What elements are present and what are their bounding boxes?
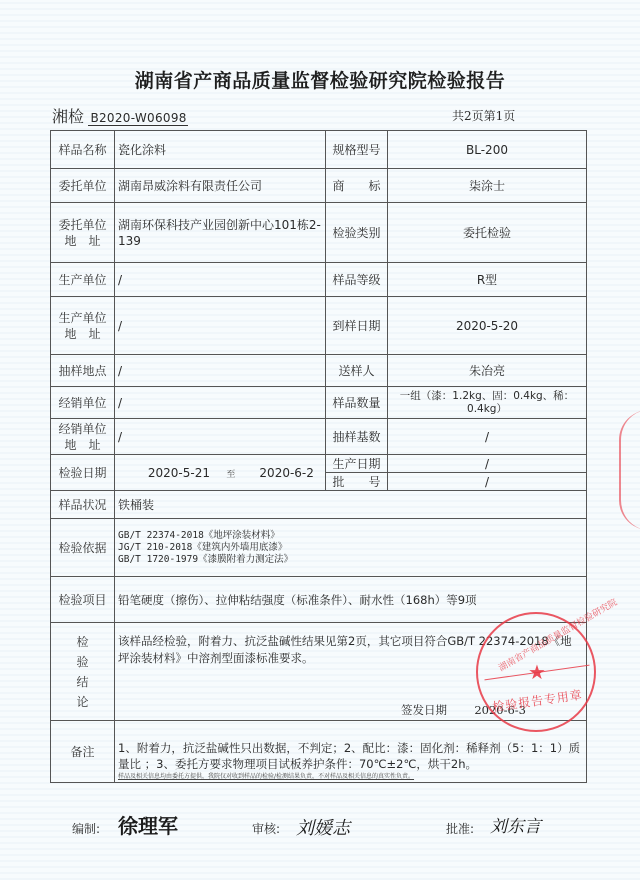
basis-item: GB/T 22374-2018《地坪涂装材料》: [118, 530, 583, 542]
batch-no-value: /: [388, 473, 587, 491]
client-unit-label: 委托单位: [51, 169, 115, 203]
inspection-date-start: 2020-5-21: [118, 466, 210, 480]
sample-grade-label: 样品等级: [326, 263, 388, 297]
table-row: 生产单位 地 址 / 到样日期 2020-5-20: [51, 297, 587, 355]
issue-date-line: 签发日期 2020-6-3: [401, 702, 526, 718]
compiled-signature: 徐理军: [118, 810, 178, 839]
table-row: 检验日期 2020-5-21 至 2020-6-2 生产日期 /: [51, 455, 587, 473]
table-row: 经销单位 地 址 / 抽样基数 /: [51, 419, 587, 455]
table-row: 抽样地点 / 送样人 朱冶亮: [51, 355, 587, 387]
sample-name-value: 瓷化涂料: [115, 131, 326, 169]
inspection-date-label: 检验日期: [51, 455, 115, 491]
producer-label: 生产单位: [51, 263, 115, 297]
report-title: 湖南省产商品质量监督检验研究院检验报告: [0, 66, 640, 93]
inspection-basis-value: GB/T 22374-2018《地坪涂装材料》 JG/T 210-2018《建筑…: [115, 519, 587, 577]
conclusion-label-char: 结: [54, 672, 111, 692]
distributor-label: 经销单位: [51, 387, 115, 419]
spec-model-label: 规格型号: [326, 131, 388, 169]
client-address-value: 湖南环保科技产业园创新中心101栋2-139: [115, 203, 326, 263]
sampling-site-label: 抽样地点: [51, 355, 115, 387]
label-line-2: 地 址: [54, 233, 111, 249]
reviewed-label: 审核:: [252, 820, 280, 837]
issue-date-value: 2020-6-3: [474, 703, 526, 717]
sample-qty-label: 样品数量: [326, 387, 388, 419]
report-number: B2020-W06098: [88, 111, 188, 126]
inspection-date-end: 2020-6-2: [252, 466, 322, 480]
table-row: 样品状况 铁桶装: [51, 491, 587, 519]
sender-value: 朱冶亮: [388, 355, 587, 387]
remarks-cell: 1、附着力，抗泛盐碱性只出数据，不判定；2、配比：漆：固化剂：稀释剂（5：1：1…: [115, 721, 587, 783]
table-row: 备注 1、附着力，抗泛盐碱性只出数据，不判定；2、配比：漆：固化剂：稀释剂（5：…: [51, 721, 587, 783]
conclusion-label-char: 验: [54, 652, 111, 672]
inspection-date-to: 至: [214, 467, 248, 480]
label-line-2: 地 址: [54, 437, 111, 453]
conclusion-label: 检 验 结 论: [51, 623, 115, 721]
production-date-label: 生产日期: [326, 455, 388, 473]
conclusion-label-char: 论: [54, 692, 111, 712]
sender-label: 送样人: [326, 355, 388, 387]
page-seam-stamp: [619, 410, 640, 530]
trademark-value: 柒涂士: [388, 169, 587, 203]
producer-address-value: /: [115, 297, 326, 355]
inspection-basis-label: 检验依据: [51, 519, 115, 577]
table-row: 委托单位 地 址 湖南环保科技产业园创新中心101栋2-139 检验类别 委托检…: [51, 203, 587, 263]
signature-row: 编制: 徐理军 审核: 刘媛志 批准: 刘东言: [0, 806, 640, 836]
table-row: 检验依据 GB/T 22374-2018《地坪涂装材料》 JG/T 210-20…: [51, 519, 587, 577]
conclusion-text: 该样品经检验，附着力、抗泛盐碱性结果见第2页，其它项目符合GB/T 22374-…: [118, 623, 583, 667]
production-date-value: /: [388, 455, 587, 473]
table-row: 委托单位 湖南昂威涂料有限责任公司 商 标 柒涂士: [51, 169, 587, 203]
conclusion-label-char: 检: [54, 632, 111, 652]
table-row: 样品名称 瓷化涂料 规格型号 BL-200: [51, 131, 587, 169]
distributor-address-label: 经销单位 地 址: [51, 419, 115, 455]
basis-item: GB/T 1720-1979《漆膜附着力测定法》: [118, 554, 583, 566]
table-row: 检 验 结 论 该样品经检验，附着力、抗泛盐碱性结果见第2页，其它项目符合GB/…: [51, 623, 587, 721]
sample-condition-value: 铁桶装: [115, 491, 587, 519]
inspection-items-value: 铅笔硬度（擦伤）、拉伸粘结强度（标准条件）、耐水性（168h）等9项: [115, 577, 587, 623]
report-number-line: 湘检 B2020-W06098: [52, 104, 188, 127]
arrival-date-label: 到样日期: [326, 297, 388, 355]
client-address-label: 委托单位 地 址: [51, 203, 115, 263]
distributor-address-value: /: [115, 419, 326, 455]
basis-item: JG/T 210-2018《建筑内外墙用底漆》: [118, 542, 583, 554]
conclusion-cell: 该样品经检验，附着力、抗泛盐碱性结果见第2页，其它项目符合GB/T 22374-…: [115, 623, 587, 721]
remarks-text: 1、附着力，抗泛盐碱性只出数据，不判定；2、配比：漆：固化剂：稀释剂（5：1：1…: [118, 740, 583, 772]
spec-model-value: BL-200: [388, 131, 587, 169]
table-row: 生产单位 / 样品等级 R型: [51, 263, 587, 297]
label-line-1: 经销单位: [54, 421, 111, 437]
label-line-1: 委托单位: [54, 217, 111, 233]
inspection-type-label: 检验类别: [326, 203, 388, 263]
report-table: 样品名称 瓷化涂料 规格型号 BL-200 委托单位 湖南昂威涂料有限责任公司 …: [50, 130, 587, 783]
disclaimer-text: 样品及相关信息均由委托方提供，我院仅对收到样品的检验/检测结果负责，不对样品及相…: [118, 772, 583, 781]
sampling-base-value: /: [388, 419, 587, 455]
sample-qty-value: 一组（漆：1.2kg、固：0.4kg、稀：0.4kg）: [388, 387, 587, 419]
compiled-label: 编制:: [72, 820, 100, 837]
remarks-label: 备注: [51, 721, 115, 783]
label-line-2: 地 址: [54, 326, 111, 342]
producer-value: /: [115, 263, 326, 297]
inspection-date-value: 2020-5-21 至 2020-6-2: [115, 455, 326, 491]
distributor-value: /: [115, 387, 326, 419]
table-row: 经销单位 / 样品数量 一组（漆：1.2kg、固：0.4kg、稀：0.4kg）: [51, 387, 587, 419]
reviewed-signature: 刘媛志: [296, 814, 350, 840]
page-info: 共2页第1页: [452, 107, 515, 124]
issue-date-label: 签发日期: [401, 703, 447, 717]
inspection-type-value: 委托检验: [388, 203, 587, 263]
sampling-base-label: 抽样基数: [326, 419, 388, 455]
report-prefix: 湘检: [52, 107, 84, 126]
batch-no-label: 批 号: [326, 473, 388, 491]
approved-label: 批准:: [446, 820, 474, 837]
producer-address-label: 生产单位 地 址: [51, 297, 115, 355]
trademark-label: 商 标: [326, 169, 388, 203]
inspection-items-label: 检验项目: [51, 577, 115, 623]
approved-signature: 刘东言: [490, 812, 541, 837]
arrival-date-value: 2020-5-20: [388, 297, 587, 355]
sampling-site-value: /: [115, 355, 326, 387]
table-row: 检验项目 铅笔硬度（擦伤）、拉伸粘结强度（标准条件）、耐水性（168h）等9项: [51, 577, 587, 623]
client-unit-value: 湖南昂威涂料有限责任公司: [115, 169, 326, 203]
label-line-1: 生产单位: [54, 310, 111, 326]
sample-grade-value: R型: [388, 263, 587, 297]
sample-condition-label: 样品状况: [51, 491, 115, 519]
sample-name-label: 样品名称: [51, 131, 115, 169]
